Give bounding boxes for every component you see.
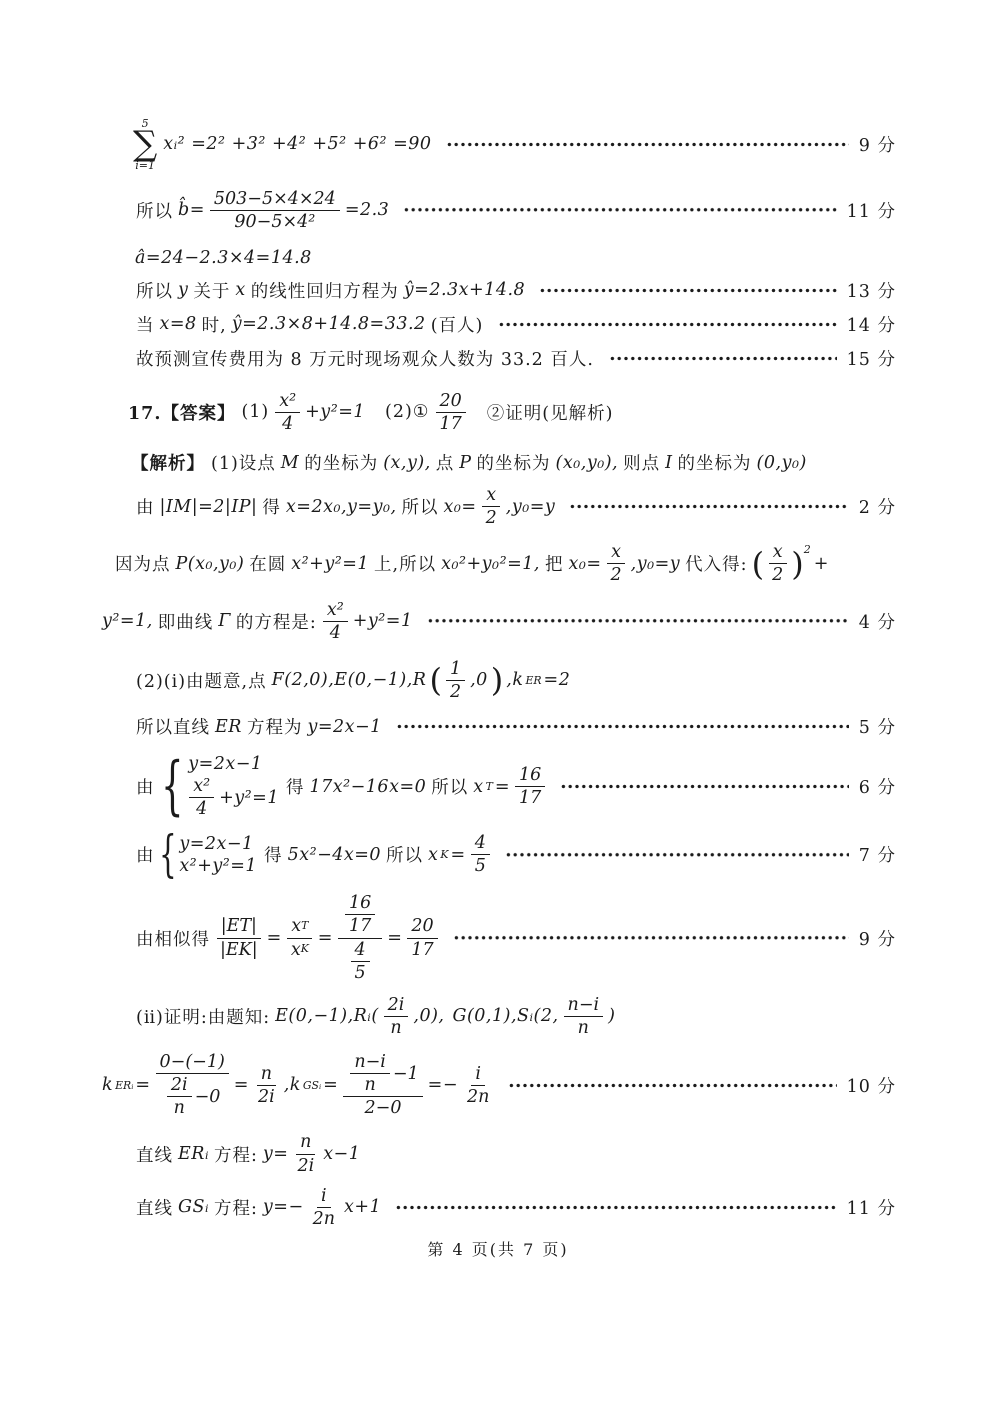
text-run: 当 (136, 312, 155, 337)
fraction-numerator: 20 (436, 391, 466, 413)
fraction-denominator: 4 (192, 798, 211, 819)
fraction-denominator: 2 (768, 564, 787, 585)
text-run: (百人) (431, 312, 484, 337)
math-run: =− (428, 1075, 458, 1095)
subscript: ERᵢ (115, 1079, 133, 1092)
text-run: 故预测宣传费用为 8 万元时现场观众人数为 33.2 百人. (136, 346, 594, 371)
text-run: 方程: (214, 1195, 258, 1220)
text-run: (1)设点 (211, 450, 276, 475)
solution-line-system-ellipse: 由 { y=2x−1 x² 4 +y²=1 得 17x²−16x=0 所以 xT… (100, 753, 896, 820)
text-run: 所以直线 (136, 714, 210, 739)
math-run: = (234, 1075, 249, 1095)
math-run: + (814, 554, 829, 574)
score-label: 15 分 (847, 346, 896, 371)
text-run: 由 (136, 774, 155, 799)
subscript: GSᵢ (303, 1079, 321, 1092)
text-run: ②证明(见解析) (487, 400, 614, 425)
dotted-leader (395, 1199, 836, 1217)
solution-line-er-equation: 所以直线 ER 方程为 y=2x−1 5 分 (100, 714, 896, 739)
solution-line-im-ip: 由 |IM|=2|IP| 得 x=2x₀,y=y₀, 所以 x₀= x 2 ,y… (100, 485, 896, 528)
text-run: 上,所以 (374, 551, 436, 576)
subscript: K (301, 943, 309, 955)
right-paren: ) (491, 664, 503, 696)
text-run: 得 (262, 494, 281, 519)
fraction: x² 4 (189, 776, 214, 819)
text-run: (2)① (385, 402, 429, 422)
analysis-line: 【解析】 (1)设点 M 的坐标为 (x,y), 点 P 的坐标为 (x₀,y₀… (100, 450, 896, 475)
score-label: 2 分 (859, 494, 896, 519)
text-run: 则点 (623, 450, 660, 475)
fraction-denominator: n (574, 1017, 593, 1038)
math-run: x (291, 916, 301, 936)
solution-line-substitution: 因为点 P(x₀,y₀) 在圆 x²+y²=1 上,所以 x₀²+y₀²=1, … (100, 542, 896, 585)
text-run: 所以 (402, 494, 439, 519)
fraction-numerator: x (607, 542, 625, 564)
score-label: 14 分 (847, 312, 896, 337)
math-run: xᵢ² =2² +3² +4² +5² +6² =90 (163, 134, 431, 154)
text-run: 由 (136, 842, 155, 867)
score-label: 10 分 (847, 1073, 896, 1098)
fraction: 4 5 (471, 833, 490, 876)
subscript: T (486, 780, 493, 793)
math-run: x (473, 777, 483, 797)
fraction-denominator: n (170, 1097, 189, 1118)
text-run: 的坐标为 (477, 450, 551, 475)
fraction-numerator: 16 (515, 765, 545, 787)
math-run: k (102, 1075, 113, 1095)
math-run: (x,y), (383, 453, 431, 473)
dotted-leader (569, 498, 849, 516)
left-paren: ( (429, 664, 441, 696)
math-run: ,0), (413, 1006, 444, 1026)
fraction: 20 17 (407, 916, 437, 959)
fraction: n−i n (350, 1052, 390, 1095)
math-run: 17x²−16x=0 (309, 777, 426, 797)
fraction-denominator: 2 (607, 564, 626, 585)
text-run: 由相似得 (136, 926, 210, 951)
fraction-numerator: 2i (384, 995, 409, 1017)
fraction-numerator: 16 17 (338, 893, 382, 938)
fraction-numerator: 503−5×4×24 (210, 189, 340, 211)
dotted-leader (446, 136, 849, 154)
fraction: 2i n (167, 1075, 192, 1118)
score-label: 13 分 (847, 278, 896, 303)
fraction-denominator: 4 (278, 413, 297, 434)
math-run: +y²=1 (305, 402, 365, 422)
exponent: 2 (804, 543, 811, 556)
fraction: x² 4 (323, 600, 348, 643)
math-run: x₀²+y₀²=1, (441, 554, 540, 574)
fraction-numerator: i (317, 1186, 331, 1208)
math-run: â=24−2.3×4=14.8 (135, 248, 312, 268)
brace-icon: { (161, 758, 183, 816)
subscript: ER (525, 674, 541, 687)
fraction-numerator: 4 (351, 940, 370, 962)
fraction: 20 17 (436, 391, 466, 434)
proof-line-eri-equation: 直线 ERᵢ 方程: y= n 2i x−1 (100, 1132, 896, 1175)
math-run: x−1 (323, 1144, 360, 1164)
fraction-numerator: 2i (167, 1075, 192, 1097)
math-run: M (281, 453, 299, 473)
math-run: ) (608, 1006, 615, 1026)
fraction-numerator: n (257, 1064, 276, 1086)
left-paren: ( (752, 548, 764, 580)
math-run: = (135, 1075, 150, 1095)
fraction: 16 17 (515, 765, 545, 808)
math-run: 5x²−4x=0 (288, 845, 381, 865)
fraction: 16 17 (345, 893, 375, 936)
dotted-leader (427, 612, 849, 630)
text-run: 关于 (193, 278, 230, 303)
fraction-denominator: n (386, 1017, 405, 1038)
dotted-leader (609, 350, 837, 368)
math-run: y=2x−1 (179, 834, 253, 854)
score-label: 9 分 (859, 132, 896, 157)
page-footer: 第 4 页(共 7 页) (100, 1237, 896, 1260)
solution-line-similarity: 由相似得 |ET| |EK| = xT xK = 16 17 4 5 (100, 893, 896, 983)
fraction-denominator: 2n (309, 1208, 339, 1229)
fraction: 4 5 (351, 940, 370, 983)
equation-system: { y=2x−1 x²+y²=1 (160, 832, 260, 877)
dotted-leader (403, 201, 836, 219)
math-run: ,y₀=y (631, 554, 681, 574)
math-run: I (665, 453, 672, 473)
math-run: x²+y²=1 (291, 554, 369, 574)
math-run: Γ (218, 611, 231, 631)
math-run: ,k (506, 670, 523, 690)
math-run: y=2x−1 (188, 754, 262, 774)
text-run: (ⅱ)证明:由题知: (136, 1004, 270, 1029)
text-run: 所以 (431, 774, 468, 799)
fraction-numerator: x (769, 542, 787, 564)
fraction-denominator: 2 (446, 681, 465, 702)
solution-line-conclusion: 故预测宣传费用为 8 万元时现场观众人数为 33.2 百人. 15 分 (100, 346, 896, 371)
score-label: 6 分 (859, 774, 896, 799)
text-run: (2)(ⅰ)由题意,点 (136, 668, 267, 693)
fraction-denominator: 2i n −0 (160, 1074, 225, 1118)
text-run: 在圆 (249, 551, 286, 576)
fraction-denominator: 2n (463, 1086, 493, 1107)
solution-line-system-circle: 由 { y=2x−1 x²+y²=1 得 5x²−4x=0 所以 xK = 4 … (100, 832, 896, 877)
math-run: y²=1, (102, 611, 153, 631)
fraction: x 2 (607, 542, 626, 585)
system-rows: y=2x−1 x²+y²=1 (177, 833, 259, 877)
math-run: +y²=1 (219, 788, 279, 808)
fraction-denominator: 90−5×4² (230, 211, 319, 232)
problem-number-label: 17.【答案】 (128, 400, 235, 425)
text-run: 直线 (136, 1195, 173, 1220)
fraction-denominator: 17 (345, 915, 375, 936)
sum-lower-limit: i=1 (135, 160, 155, 171)
compound-fraction: 0−(−1) 2i n −0 (156, 1052, 229, 1118)
math-run: x (428, 845, 438, 865)
fraction-numerator: 4 (471, 833, 490, 855)
fraction-denominator: 5 (471, 855, 490, 876)
proof-line-slopes: kERᵢ = 0−(−1) 2i n −0 = n 2i ,kGSᵢ = n−i… (100, 1052, 896, 1118)
text-run: 因为点 (115, 551, 171, 576)
dotted-leader (560, 778, 848, 796)
text-run: 方程为 (247, 714, 303, 739)
text-run: 方程: (214, 1142, 258, 1167)
text-run: 所以 (386, 842, 423, 867)
score-label: 11 分 (847, 198, 896, 223)
solution-line-ahat: â=24−2.3×4=14.8 (100, 248, 896, 268)
math-run: b̂= (178, 200, 205, 220)
math-run: GSᵢ (178, 1197, 209, 1217)
dotted-leader (539, 282, 837, 300)
math-run: y=2x−1 (307, 717, 381, 737)
math-run: = (387, 928, 402, 948)
fraction-denominator: 17 (436, 413, 466, 434)
proof-line-gsi-equation: 直线 GSᵢ 方程: y=− i 2n x+1 11 分 (100, 1186, 896, 1229)
math-run: G(0,1),Sᵢ(2, (452, 1006, 558, 1026)
fraction: n 2i (254, 1064, 279, 1107)
dotted-leader (505, 846, 849, 864)
fraction-numerator: x² (323, 600, 348, 622)
dotted-leader (498, 316, 836, 334)
sigma-icon: ∑ (133, 129, 157, 160)
analysis-label: 【解析】 (131, 450, 205, 475)
subscript: K (440, 848, 448, 861)
proof-line-points: (ⅱ)证明:由题知: E(0,−1),Rᵢ( 2i n ,0), G(0,1),… (100, 995, 896, 1038)
math-run: ERᵢ (178, 1144, 209, 1164)
fraction: x² 4 (275, 391, 300, 434)
solution-line-prediction: 当 x=8 时, ŷ=2.3×8+14.8=33.2 (百人) 14 分 (100, 312, 896, 337)
math-run: (0,y₀) (757, 453, 807, 473)
fraction-numerator: 16 (345, 893, 375, 915)
math-run: x (291, 940, 301, 960)
math-run: = (323, 1075, 338, 1095)
brace-icon: { (159, 832, 176, 877)
math-run: |IM|=2|IP| (160, 497, 258, 517)
math-run: x₀= (568, 554, 601, 574)
math-run: ,k (284, 1075, 301, 1095)
equation-system: { y=2x−1 x² 4 +y²=1 (160, 753, 281, 820)
fraction-denominator: 2i (293, 1155, 318, 1176)
score-label: 4 分 (859, 609, 896, 634)
solution-line-sum: 5 ∑ i=1 xᵢ² =2² +3² +4² +5² +6² =90 9 分 (100, 118, 896, 171)
text-run: 即曲线 (158, 609, 214, 634)
math-run: −0 (195, 1087, 221, 1107)
answer-line-17: 17.【答案】 (1) x² 4 +y²=1 (2)① 20 17 ②证明(见解… (100, 391, 896, 434)
fraction-denominator: 2−0 (361, 1097, 406, 1118)
math-run: x=8 (160, 314, 197, 334)
text-run: 时, (202, 312, 227, 337)
text-run: 得 (264, 842, 283, 867)
solution-line-regression: 所以 y 关于 x 的线性回归方程为 ŷ=2.3x+14.8 13 分 (100, 278, 896, 303)
fraction: |ET| |EK| (216, 916, 262, 959)
subscript: T (301, 920, 308, 932)
math-run: P (459, 453, 471, 473)
text-run: 直线 (136, 1142, 173, 1167)
math-run: x (235, 280, 245, 300)
system-rows: y=2x−1 x² 4 +y²=1 (186, 753, 281, 820)
math-run: = (451, 845, 466, 865)
math-run: −1 (393, 1064, 419, 1084)
fraction-numerator: x² (275, 391, 300, 413)
text-run: 的方程是: (236, 609, 317, 634)
fraction-numerator: n−i (350, 1052, 390, 1074)
math-run: x²+y²=1 (179, 856, 257, 876)
text-run: 由 (136, 494, 155, 519)
math-run: x+1 (344, 1197, 381, 1217)
fraction: i 2n (309, 1186, 339, 1229)
fraction-denominator: 2i (254, 1086, 279, 1107)
fraction-denominator: |EK| (216, 939, 262, 960)
math-run: ŷ=2.3×8+14.8=33.2 (232, 314, 426, 334)
text-run: 所以 (136, 278, 173, 303)
dotted-leader (453, 929, 849, 947)
math-run: y= (263, 1144, 289, 1164)
fraction: 1 2 (446, 659, 465, 702)
fraction-numerator: n−i (564, 995, 604, 1017)
fraction-denominator: 2 (482, 507, 501, 528)
score-label: 5 分 (859, 714, 896, 739)
math-run: =2 (544, 670, 571, 690)
math-run: F(2,0),E(0,−1),R (272, 670, 427, 690)
fraction-denominator: n (360, 1074, 379, 1095)
solution-line-bhat: 所以 b̂= 503−5×4×24 90−5×4² =2.3 11 分 (100, 189, 896, 232)
fraction: 2i n (384, 995, 409, 1038)
text-run: 点 (436, 450, 455, 475)
solution-line-points: (2)(ⅰ)由题意,点 F(2,0),E(0,−1),R ( 1 2 ,0 ) … (100, 659, 896, 702)
text-run: 的坐标为 (678, 450, 752, 475)
summation-symbol: 5 ∑ i=1 (133, 118, 157, 171)
text-run: 代入得: (685, 551, 747, 576)
fraction-numerator: 1 (446, 659, 465, 681)
fraction-denominator: 5 (351, 962, 370, 983)
math-run: ,y₀=y (506, 497, 556, 517)
math-run: =2.3 (345, 200, 390, 220)
compound-fraction: 16 17 4 5 (338, 893, 382, 983)
math-run: P(x₀,y₀) (176, 554, 245, 574)
math-run: ,0 (470, 670, 488, 690)
dotted-leader (508, 1077, 836, 1095)
answer-key-page: { "lines": { "l1": { "sum_sup": "5", "su… (0, 0, 992, 1402)
math-run: x₀= (444, 497, 477, 517)
fraction-numerator: n (296, 1132, 315, 1154)
math-run: ŷ=2.3x+14.8 (404, 280, 525, 300)
compound-fraction: n−i n −1 2−0 (343, 1052, 422, 1118)
fraction-numerator: xT (287, 916, 312, 938)
fraction-denominator: 4 (326, 622, 345, 643)
score-label: 9 分 (859, 926, 896, 951)
math-run: = (267, 928, 282, 948)
fraction-denominator: xK (287, 939, 313, 960)
math-run: E(0,−1),Rᵢ( (275, 1006, 379, 1026)
fraction: x 2 (482, 485, 501, 528)
score-label: 11 分 (847, 1195, 896, 1220)
solution-line-curve-equation: y²=1, 即曲线 Γ 的方程是: x² 4 +y²=1 4 分 (100, 600, 896, 643)
fraction-numerator: 0−(−1) (156, 1052, 229, 1074)
score-label: 7 分 (859, 842, 896, 867)
fraction-denominator: 17 (407, 939, 437, 960)
fraction-numerator: n−i n −1 (343, 1052, 422, 1097)
fraction: xT xK (287, 916, 313, 959)
text-run: 的坐标为 (304, 450, 378, 475)
fraction-numerator: i (471, 1064, 485, 1086)
right-paren: ) (791, 548, 803, 580)
document-body: 5 ∑ i=1 xᵢ² =2² +3² +4² +5² +6² =90 9 分 … (0, 0, 992, 1260)
math-run: = (318, 928, 333, 948)
fraction-numerator: |ET| (217, 916, 261, 938)
math-run: y=− (263, 1197, 304, 1217)
fraction-denominator: 4 5 (344, 939, 377, 983)
dotted-leader (396, 718, 849, 736)
math-run: y (178, 280, 188, 300)
fraction-numerator: x² (189, 776, 214, 798)
text-run: 得 (286, 774, 305, 799)
fraction-numerator: 20 (407, 916, 437, 938)
fraction: x 2 (768, 542, 787, 585)
math-run: = (495, 777, 510, 797)
text-run: 的线性回归方程为 (251, 278, 399, 303)
math-run: x=2x₀,y=y₀, (286, 497, 397, 517)
fraction-denominator: 17 (515, 787, 545, 808)
math-run: +y²=1 (353, 611, 413, 631)
text-run: 把 (545, 551, 564, 576)
fraction: n−i n (564, 995, 604, 1038)
math-run: ER (215, 717, 242, 737)
text-run: 所以 (136, 198, 173, 223)
fraction: n 2i (293, 1132, 318, 1175)
math-run: (x₀,y₀), (556, 453, 619, 473)
text-run: (1) (241, 402, 269, 422)
fraction-numerator: x (482, 485, 500, 507)
fraction: 503−5×4×24 90−5×4² (210, 189, 340, 232)
fraction: i 2n (463, 1064, 493, 1107)
